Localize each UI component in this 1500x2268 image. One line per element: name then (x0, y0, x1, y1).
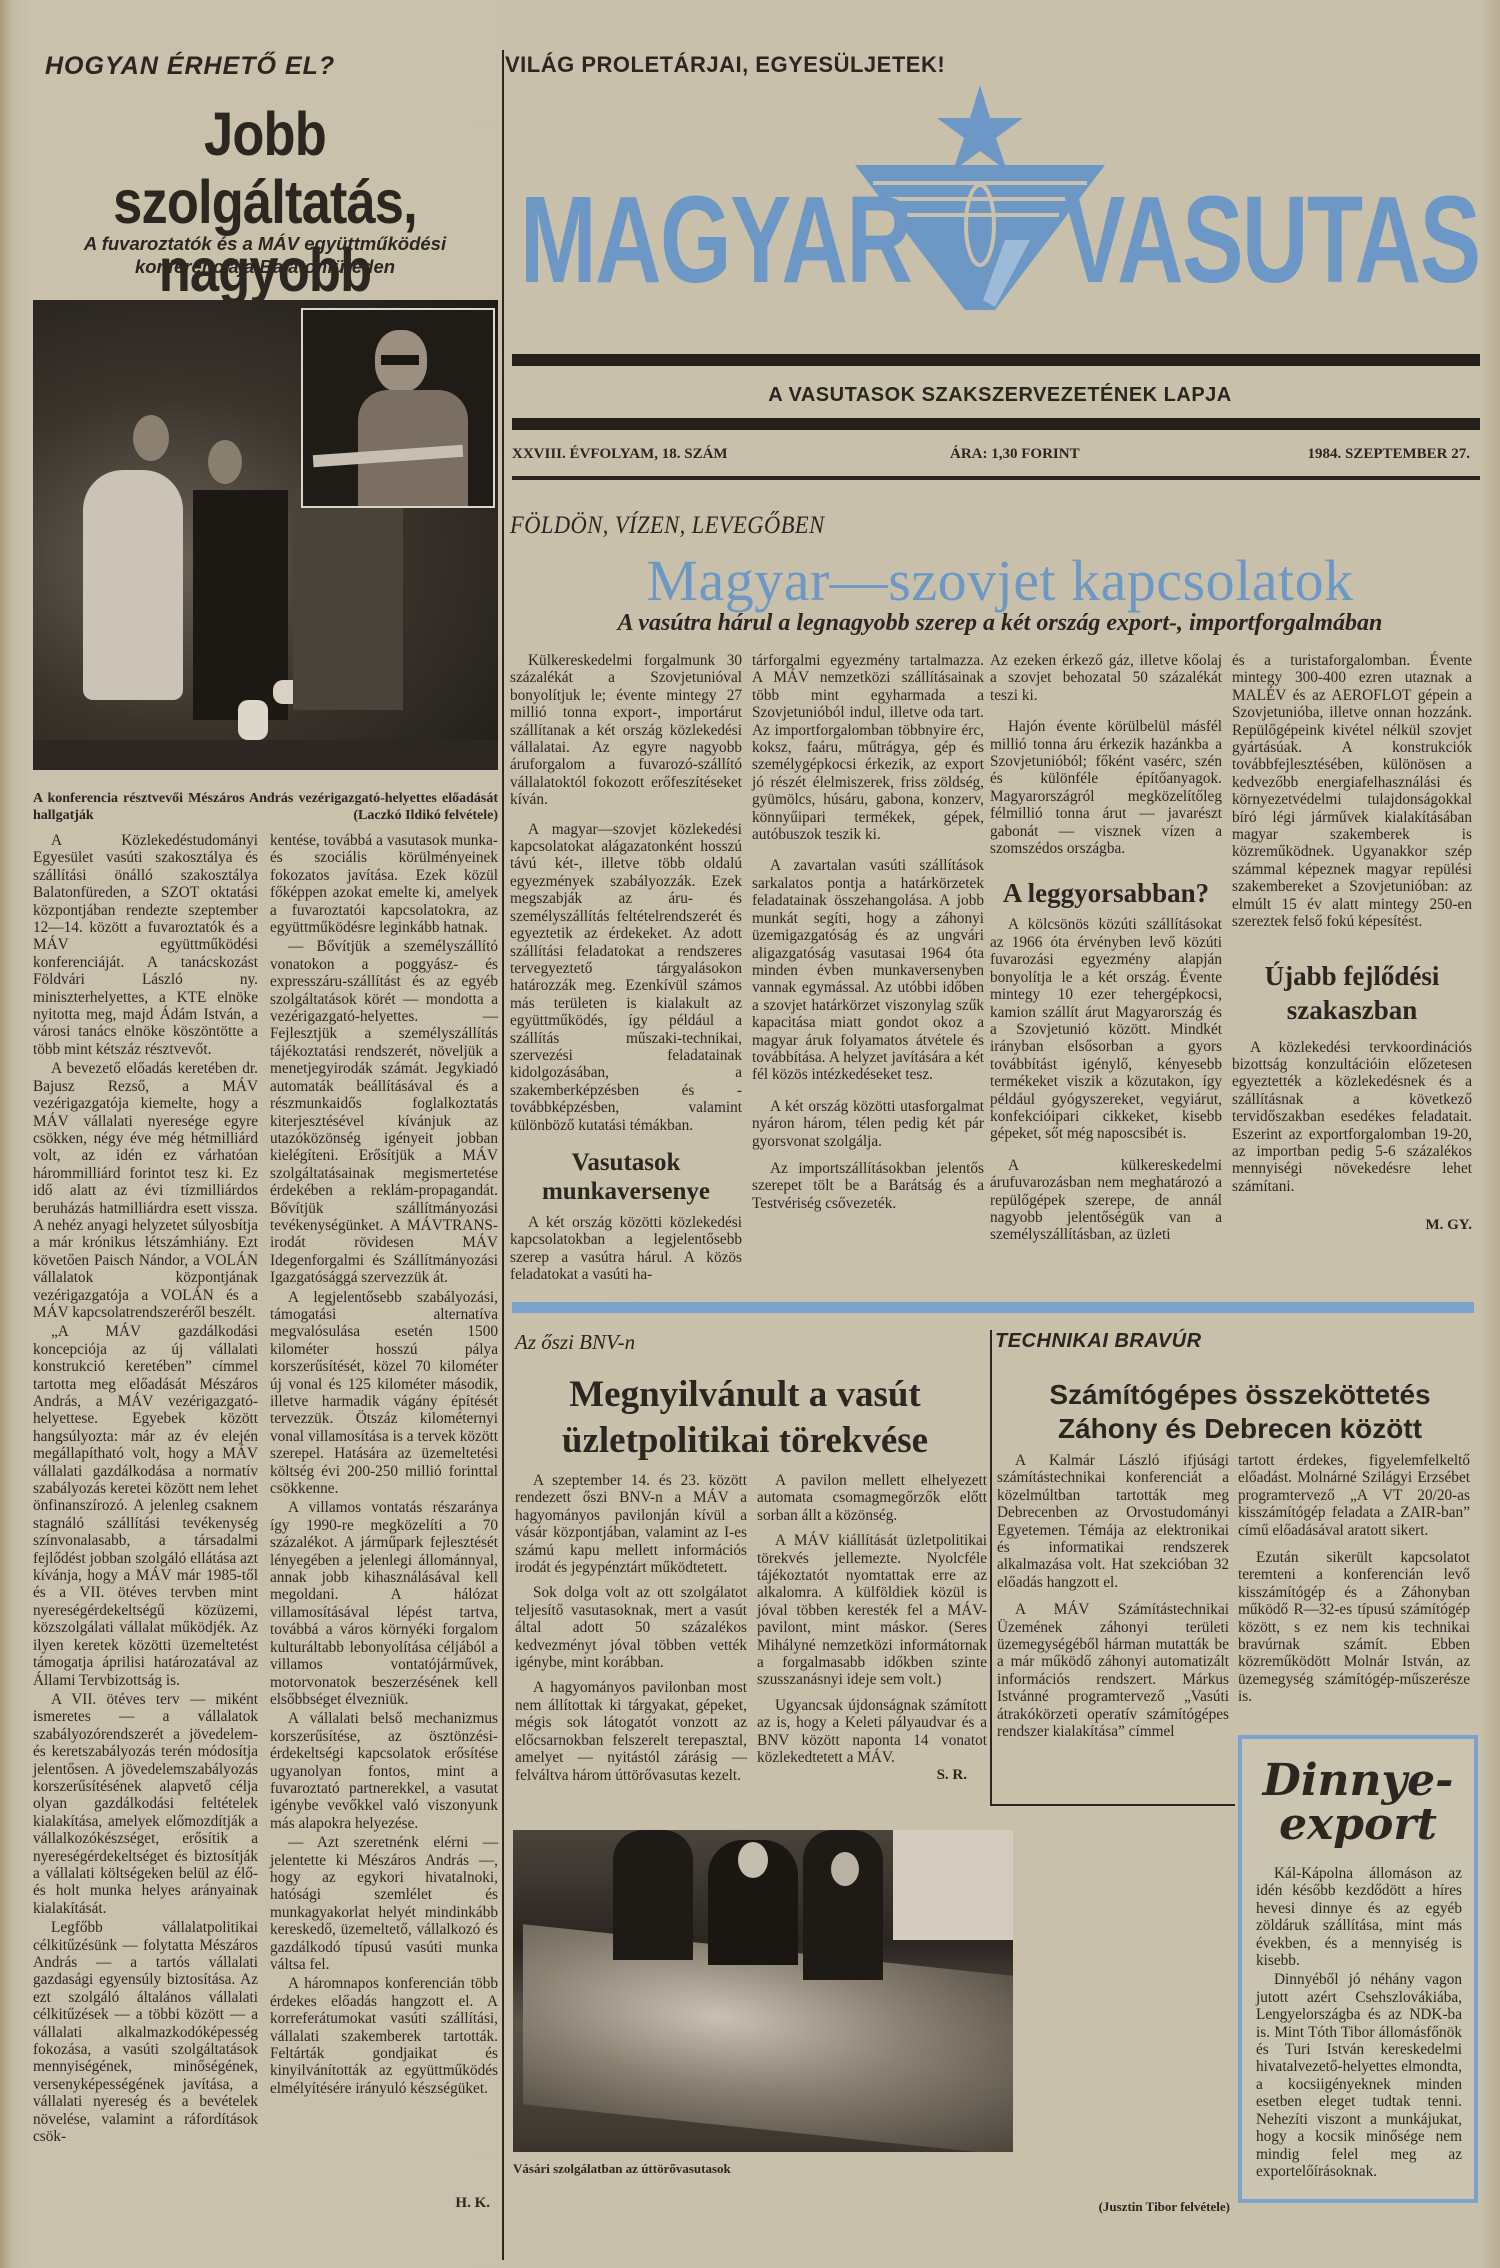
paragraph: Az importszállításokban jelentős szerepe… (752, 1160, 984, 1212)
paragraph: — Azt szeretnénk elérni — jelentette ki … (270, 1834, 498, 1973)
paragraph: A külkereskedelmi árufuvarozásban nem me… (990, 1157, 1222, 1244)
paragraph: A hagyományos pavilonban most nem állíto… (515, 1679, 747, 1783)
masthead-rule-bottom (512, 418, 1480, 430)
paragraph: A Közlekedéstudományi Egyesület vasúti s… (33, 832, 258, 1058)
soviet-article-headline: Magyar—szovjet kapcsolatok (505, 550, 1495, 612)
masthead-title-right: VASUTAS (1064, 177, 1479, 303)
subhead-line-2: konferenciája Balatonfüreden (30, 255, 500, 278)
newspaper-page: HOGYAN ÉRHETŐ EL? Jobb szolgáltatás, nag… (0, 0, 1500, 2268)
masthead-slogan: VILÁG PROLETÁRJAI, EGYESÜLJETEK! (505, 52, 945, 78)
paragraph: A bevezető előadás keretében dr. Bajusz … (33, 1060, 258, 1321)
left-article-kicker: HOGYAN ÉRHETŐ EL? (45, 52, 335, 81)
paragraph: A közlekedési tervkoordinációs bizottság… (1232, 1039, 1472, 1196)
tech-article-column-2: tartott érdekes, figyelemfelkeltő előadá… (1238, 1452, 1470, 1706)
paragraph: A MÁV kiállítását üzletpolitikai törekvé… (757, 1532, 987, 1689)
headline-line-1: Jobb szolgáltatás, (63, 100, 467, 236)
paragraph: A zavartalan vasúti szállítások sarkalat… (752, 857, 984, 1083)
tech-box-bottom-rule (990, 1804, 1235, 1806)
bnv-article-column-2: A pavilon mellett elhelyezett automata c… (757, 1472, 987, 1784)
melon-export-title: Dinnye- export (1242, 1759, 1474, 1847)
masthead-rule-top (512, 354, 1480, 366)
paragraph: Sok dolga volt az ott szolgálatot teljes… (515, 1584, 747, 1671)
section-heading-ujabb-fejlodesi: Újabb fejlődési szakaszban (1232, 959, 1472, 1027)
bnv-article-column-1: A szeptember 14. és 23. között rendezett… (515, 1472, 747, 1784)
paragraph: kentése, továbbá a vasutasok munka- és s… (270, 832, 498, 936)
paragraph: Ugyancsak újdonságnak számított az is, h… (757, 1697, 987, 1767)
issue-date: 1984. SZEPTEMBER 27. (1290, 446, 1470, 463)
paragraph: A Kalmár László ifjúsági számítástechnik… (997, 1452, 1229, 1591)
section-divider-blue (512, 1302, 1474, 1313)
soviet-article-subhead: A vasútra hárul a legnagyobb szerep a ké… (505, 610, 1495, 637)
soviet-article-column-4: és a turistaforgalomban. Évente mintegy … (1232, 652, 1472, 1235)
left-article-column-1: A Közlekedéstudományi Egyesület vasúti s… (33, 832, 258, 2145)
melon-export-box: Dinnye- export Kál-Kápolna állomáson az … (1238, 1735, 1478, 2203)
paragraph: A szeptember 14. és 23. között rendezett… (515, 1472, 747, 1576)
bnv-article-signature: S. R. (757, 1767, 987, 1784)
bnv-article-kicker: Az őszi BNV-n (515, 1330, 635, 1355)
paragraph: „A MÁV gazdálkodási koncepciója az új vá… (33, 1323, 258, 1689)
paragraph: Dinnyéből jó néhány vagon jutott azért C… (1256, 1971, 1462, 2180)
paragraph: A vállalati belső mechanizmus korszerűsí… (270, 1710, 498, 1832)
masthead-title: MAGYAR VASUTAS (520, 180, 1479, 300)
paragraph: tartott érdekes, figyelemfelkeltő előadá… (1238, 1452, 1470, 1539)
paragraph: A két ország közötti közlekedési kapcsol… (510, 1214, 742, 1284)
tech-box-left-rule-lower (990, 1538, 992, 1806)
melon-export-body: Kál-Kápolna állomáson az idén később kez… (1256, 1865, 1462, 2180)
pioneer-photo-credit: (Jusztin Tibor felvétele) (900, 2198, 1230, 2215)
paragraph: Az ezeken érkező gáz, illetve kőolaj a s… (990, 652, 1222, 704)
paragraph: A villamos vontatás részaránya így 1990-… (270, 1499, 498, 1708)
soviet-article-kicker: FÖLDÖN, VÍZEN, LEVEGŐBEN (510, 512, 825, 540)
masthead-thin-rule (512, 476, 1480, 480)
paragraph: — Bővítjük a személyszállító vonatokon a… (270, 938, 498, 1286)
section-heading-vasutasok: Vasutasok munkaversenye (510, 1148, 742, 1206)
masthead-title-left: MAGYAR (520, 177, 911, 303)
pioneer-railway-photo (513, 1830, 1013, 2152)
soviet-article-signature: M. GY. (1232, 1217, 1472, 1234)
paragraph: A két ország közötti utasforgalmat nyáro… (752, 1098, 984, 1150)
paragraph: A magyar—szovjet közlekedési kapcsolatok… (510, 821, 742, 1134)
conference-photo-credit: (Laczkó Ildikó felvétele) (300, 807, 498, 824)
tech-article-kicker: TECHNIKAI BRAVÚR (995, 1330, 1202, 1353)
tech-article-column-1: A Kalmár László ifjúsági számítástechnik… (997, 1452, 1229, 1741)
tech-article-headline: Számítógépes összeköttetés Záhony és Deb… (990, 1378, 1490, 1446)
paragraph: Ezután sikerült kapcsolatot teremteni a … (1238, 1549, 1470, 1706)
paragraph: A háromnapos konferencián több érdekes e… (270, 1975, 498, 2097)
left-article-subhead: A fuvaroztatók és a MÁV együttműködési k… (30, 232, 500, 278)
subhead-line-1: A fuvaroztatók és a MÁV együttműködési (30, 232, 500, 255)
soviet-article-column-2: tárforgalmi egyezmény tartalmazza. A MÁV… (752, 652, 984, 1212)
masthead-subtitle: A VASUTASOK SZAKSZERVEZETÉNEK LAPJA (510, 384, 1490, 407)
pioneer-photo-caption: Vásári szolgálatban az úttörővasutasok (513, 2160, 913, 2177)
issue-price: ÁRA: 1,30 FORINT (950, 446, 1080, 463)
paragraph: és a turistaforgalomban. Évente mintegy … (1232, 652, 1472, 931)
conference-photo (33, 300, 498, 770)
paragraph: Külkereskedelmi forgalmunk 30 százalékát… (510, 652, 742, 809)
paragraph: A VII. ötéves terv — miként ismeretes — … (33, 1691, 258, 1917)
paragraph: Legfőbb vállalatpolitikai célkitűzésünk … (33, 1919, 258, 2145)
left-article-column-2: kentése, továbbá a vasutasok munka- és s… (270, 832, 498, 2097)
paragraph: A pavilon mellett elhelyezett automata c… (757, 1472, 987, 1524)
soviet-article-column-1: Külkereskedelmi forgalmunk 30 százalékát… (510, 652, 742, 1284)
paragraph: A legjelentősebb szabályozási, támogatás… (270, 1289, 498, 1498)
section-heading-leggyorsabban: A leggyorsabban? (990, 879, 1222, 908)
issue-volume: XXVIII. ÉVFOLYAM, 18. SZÁM (512, 446, 728, 463)
paragraph: A kölcsönös közúti szállításokat az 1966… (990, 916, 1222, 1142)
column-divider (502, 50, 504, 2260)
paragraph: Hajón évente körülbelül másfél millió to… (990, 718, 1222, 857)
paragraph: tárforgalmi egyezmény tartalmazza. A MÁV… (752, 652, 984, 843)
soviet-article-column-3: Az ezeken érkező gáz, illetve kőolaj a s… (990, 652, 1222, 1244)
audience-white-figure (83, 470, 183, 700)
paragraph: A MÁV Számítástechnikai Üzemének záhonyi… (997, 1601, 1229, 1740)
paragraph: Kál-Kápolna állomáson az idén később kez… (1256, 1865, 1462, 1969)
left-article-signature: H. K. (380, 2195, 490, 2212)
bnv-article-headline: Megnyilvánult a vasút üzletpolitikai tör… (505, 1372, 985, 1464)
speaker-inset-photo (301, 308, 495, 508)
